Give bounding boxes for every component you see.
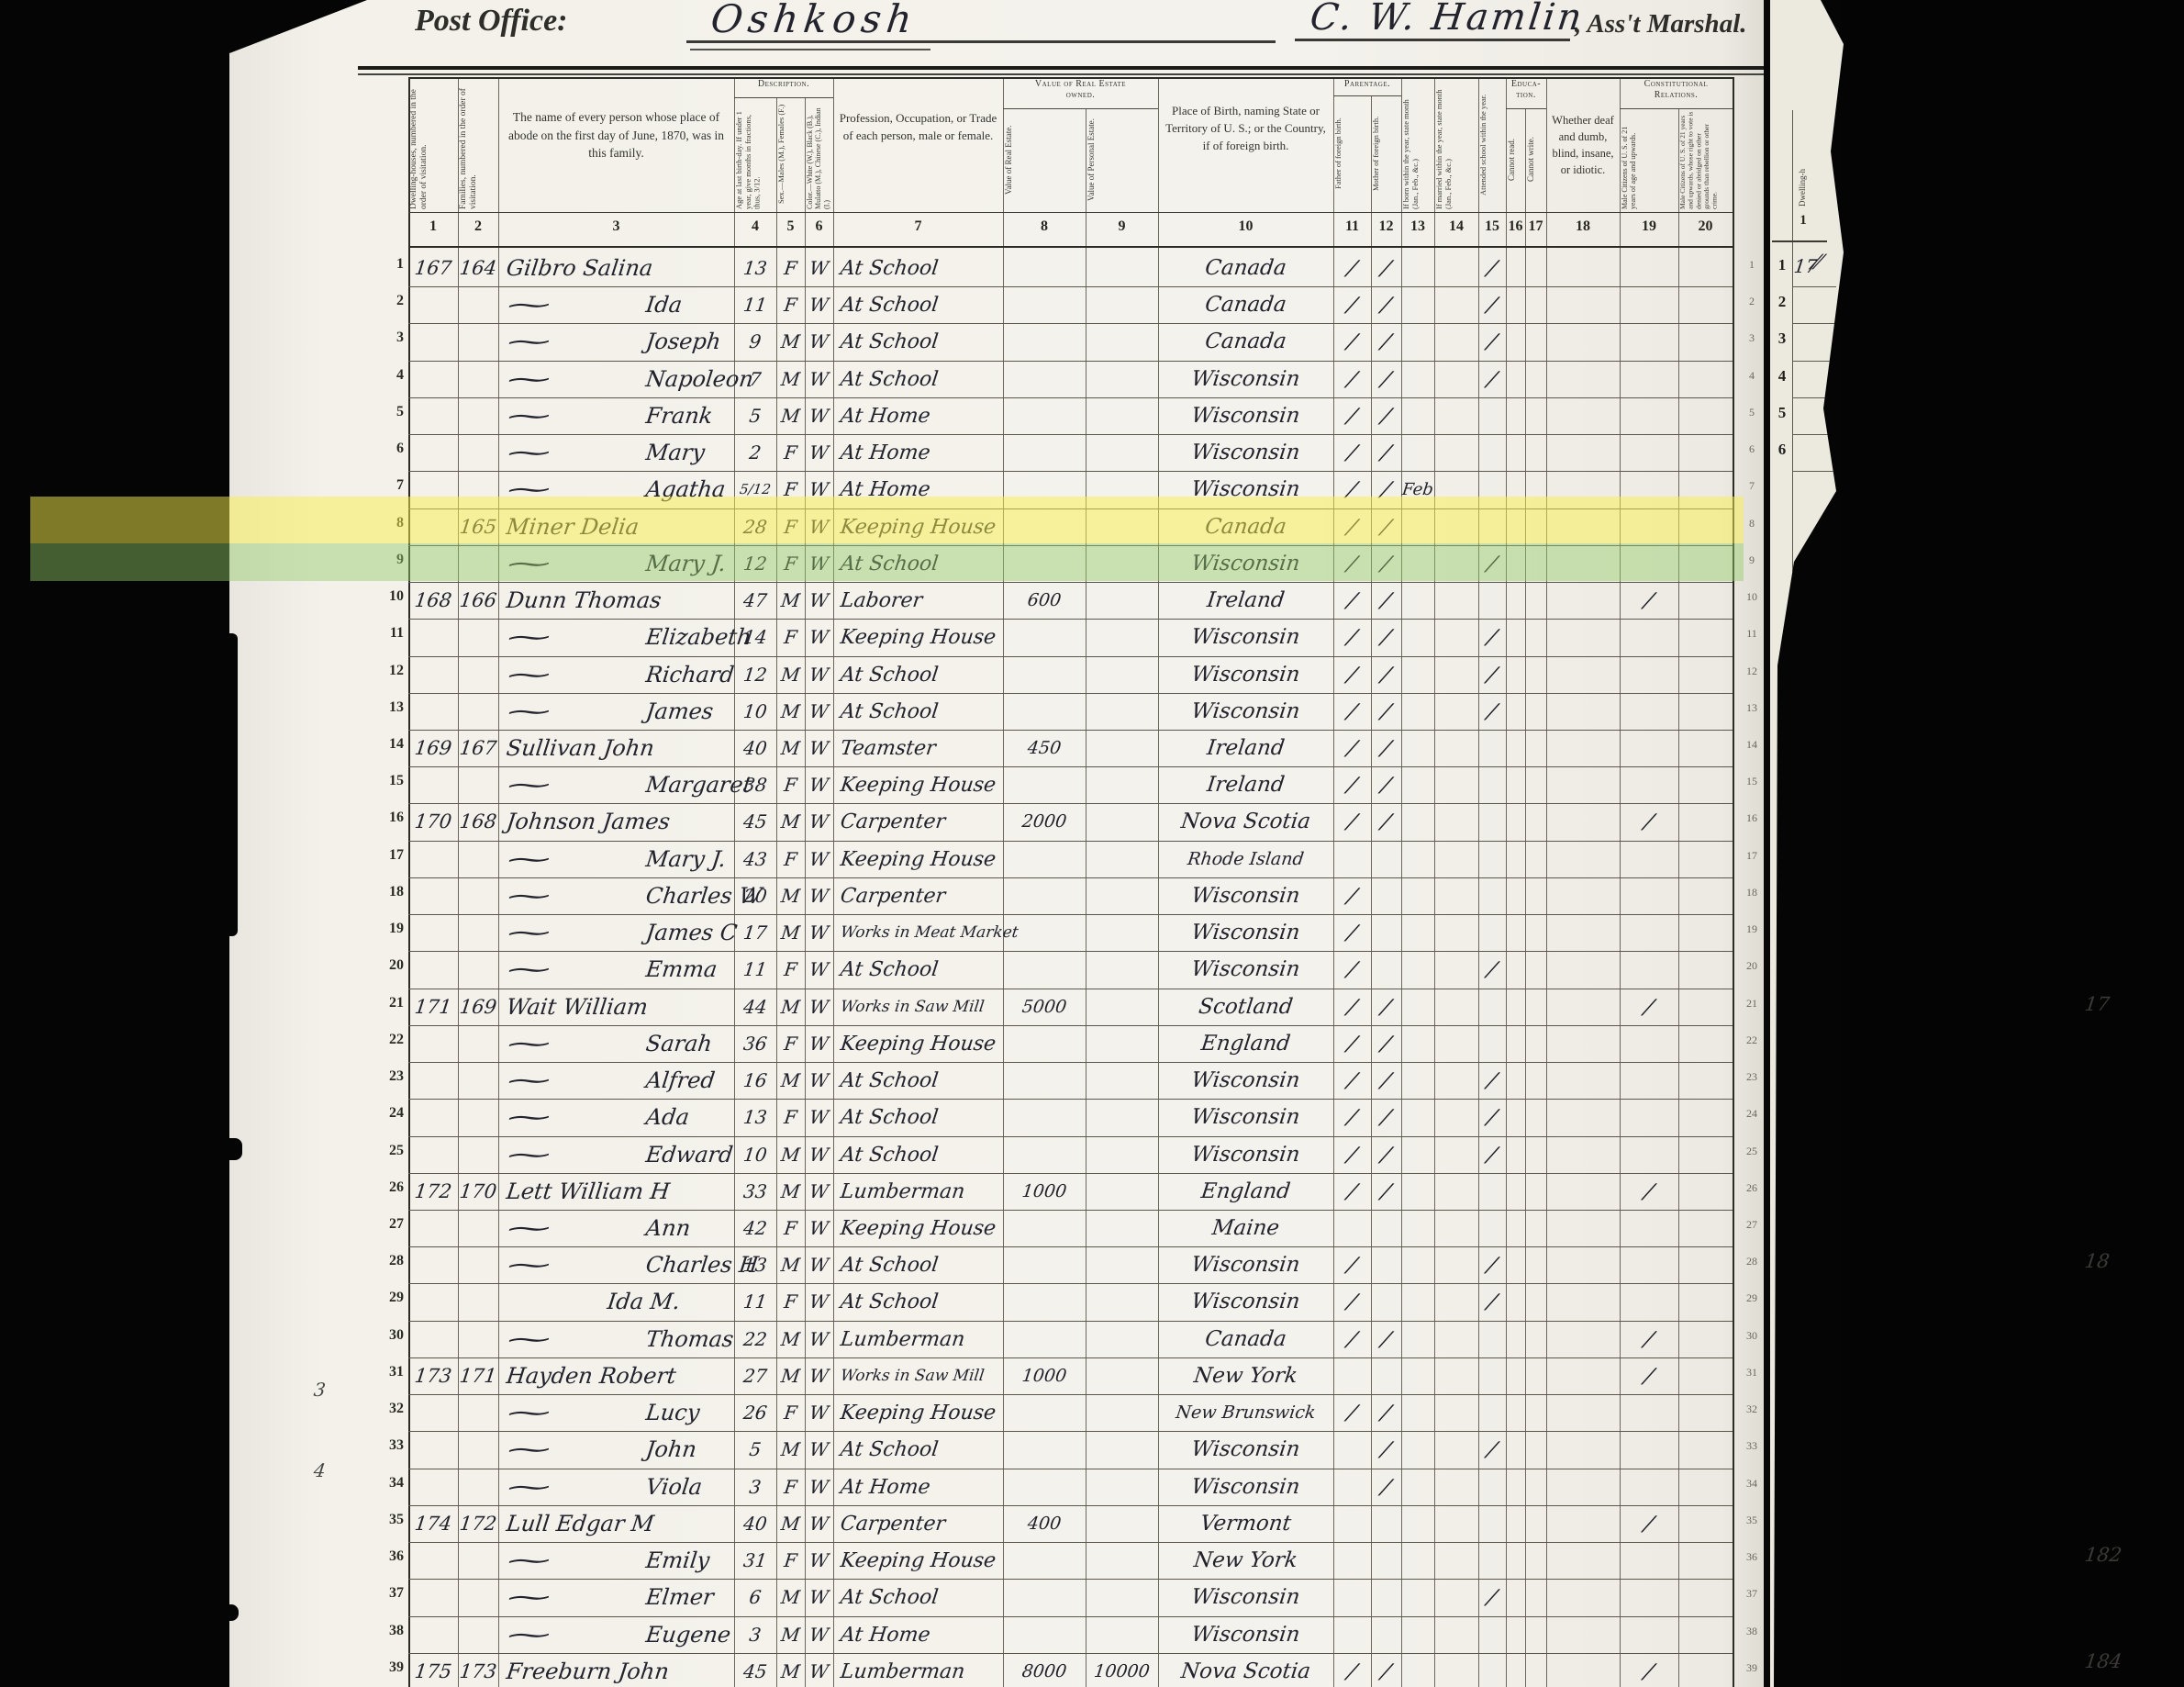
- census-scan-viewport: Post Office: Oshkosh C. W. Hamlin , Ass'…: [0, 0, 2184, 1687]
- gutter-ghost-number: 184: [2084, 1650, 2123, 1672]
- gutter-ghost-layer: 1718182184: [0, 0, 2184, 1687]
- gutter-ghost-number: 182: [2084, 1544, 2123, 1566]
- gutter-ghost-number: 18: [2084, 1250, 2112, 1272]
- gutter-ghost-number: 17: [2084, 993, 2112, 1015]
